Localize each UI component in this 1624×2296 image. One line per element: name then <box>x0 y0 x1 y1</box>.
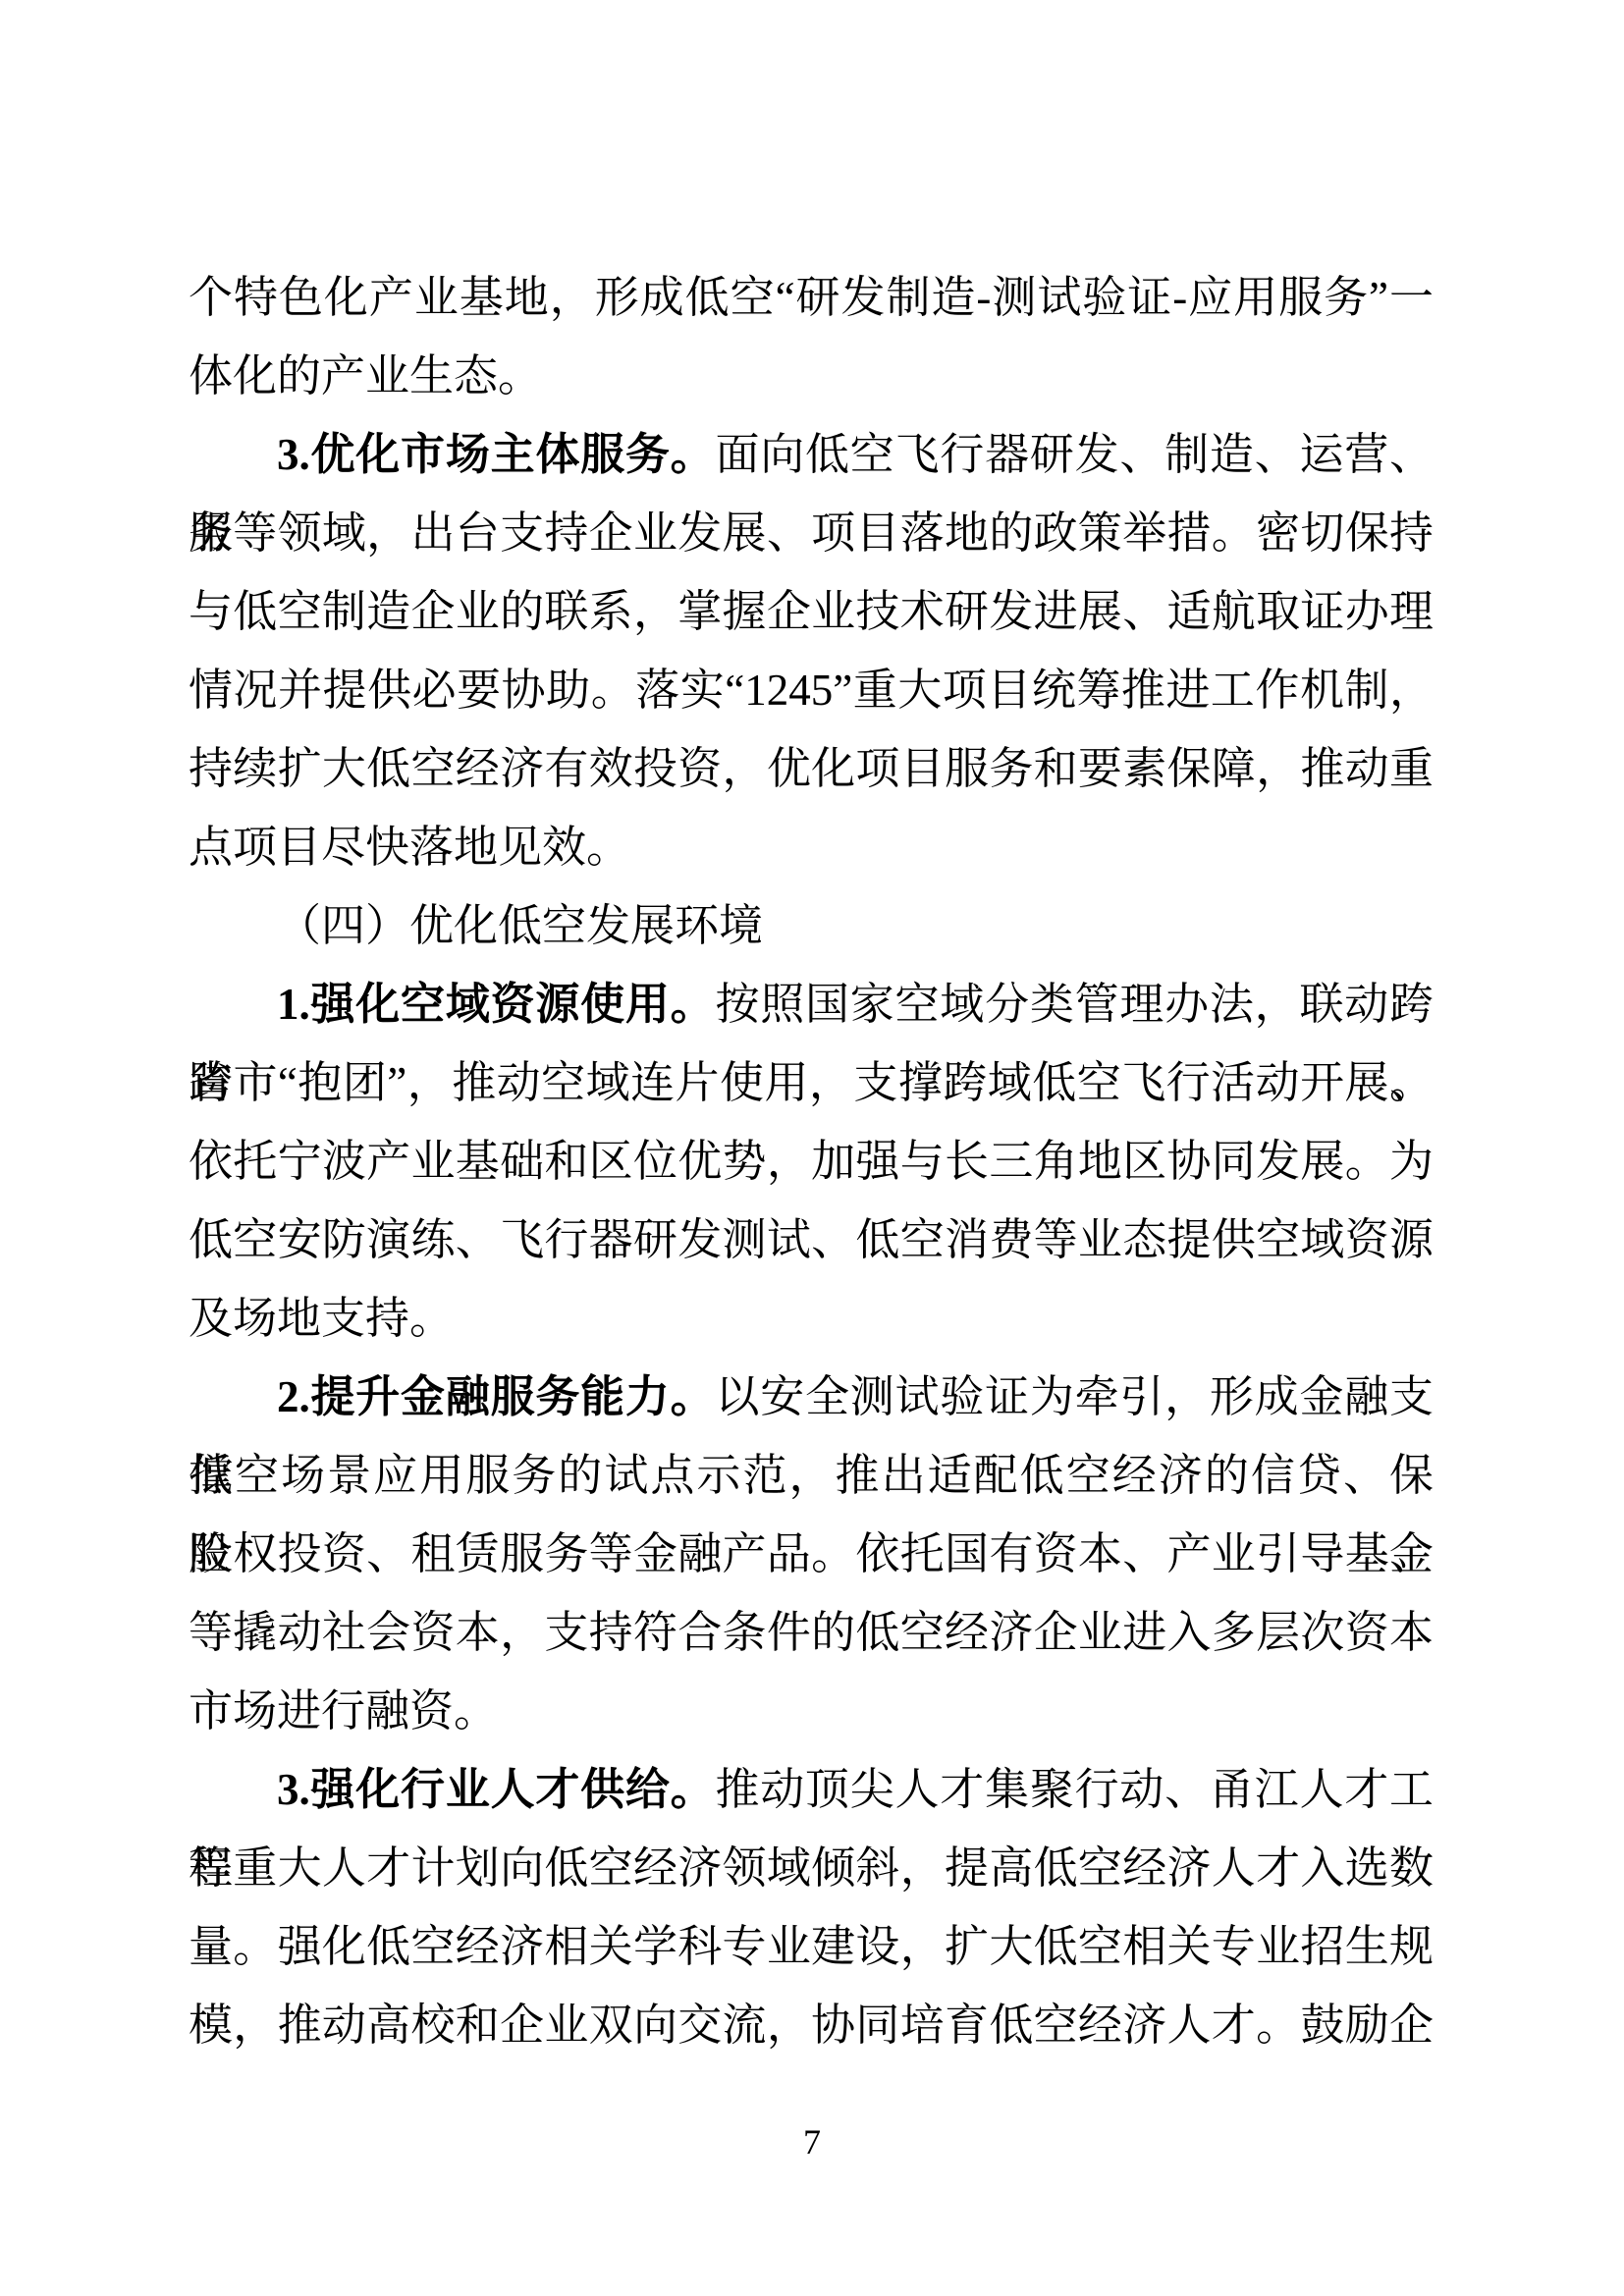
paragraph-line: 低空安防演练、飞行器研发测试、低空消费等业态提供空域资源 <box>189 1201 1434 1279</box>
line-text: 市场进行融资。 <box>189 1686 498 1735</box>
line-text: 及场地支持。 <box>189 1294 454 1343</box>
paragraph-line-with-heading: 2.提升金融服务能力。以安全测试验证为牵引，形成金融支撑 <box>189 1358 1434 1436</box>
line-text: 跨市“抱团”，推动空域连片使用，支撑跨域低空飞行活动开展。 <box>189 1058 1434 1107</box>
paragraph-line-with-heading: 1.强化空域资源使用。按照国家空域分类管理办法，联动跨省、 <box>189 965 1434 1043</box>
paragraph-line: 等撬动社会资本，支持符合条件的低空经济企业进入多层次资本 <box>189 1593 1434 1672</box>
paragraph-line: 情况并提供必要协助。落实“1245”重大项目统筹推进工作机制， <box>189 651 1434 729</box>
line-text: 情况并提供必要协助。落实“1245”重大项目统筹推进工作机制， <box>189 666 1434 715</box>
paragraph-line: 点项目尽快落地见效。 <box>189 808 1434 886</box>
line-text: 模，推动高校和企业双向交流，协同培育低空经济人才。鼓励企 <box>189 2001 1434 2050</box>
line-text: 务等领域，出台支持企业发展、项目落地的政策举措。密切保持 <box>189 508 1434 558</box>
line-text: 低空安防演练、飞行器研发测试、低空消费等业态提供空域资源 <box>189 1215 1434 1264</box>
line-text: 依托宁波产业基础和区位优势，加强与长三角地区协同发展。为 <box>189 1137 1434 1186</box>
document-page: 个特色化产业基地，形成低空“研发制造-测试验证-应用服务”一体化的产业生态。3.… <box>0 0 1624 2296</box>
line-text: 持续扩大低空经济有效投资，优化项目服务和要素保障，推动重 <box>189 744 1434 793</box>
paragraph-line: 依托宁波产业基础和区位优势，加强与长三角地区协同发展。为 <box>189 1122 1434 1201</box>
page-number: 7 <box>0 2115 1624 2168</box>
paragraph-line: 低空场景应用服务的试点示范，推出适配低空经济的信贷、保险、 <box>189 1436 1434 1515</box>
run-in-heading: 3.优化市场主体服务。 <box>277 430 715 479</box>
paragraph-line: 务等领域，出台支持企业发展、项目落地的政策举措。密切保持 <box>189 494 1434 572</box>
line-text: 体化的产业生态。 <box>189 351 542 400</box>
paragraph-line: 等重大人才计划向低空经济领域倾斜，提高低空经济人才入选数 <box>189 1829 1434 1907</box>
paragraph-line: 跨市“抱团”，推动空域连片使用，支撑跨域低空飞行活动开展。 <box>189 1043 1434 1122</box>
line-text: 股权投资、租赁服务等金融产品。依托国有资本、产业引导基金 <box>189 1529 1434 1578</box>
line-text: 与低空制造企业的联系，掌握企业技术研发进展、适航取证办理 <box>189 587 1434 636</box>
document-body: 个特色化产业基地，形成低空“研发制造-测试验证-应用服务”一体化的产业生态。3.… <box>189 258 1434 2064</box>
line-text: 个特色化产业基地，形成低空“研发制造-测试验证-应用服务”一 <box>189 273 1434 322</box>
run-in-heading: 1.强化空域资源使用。 <box>277 980 715 1029</box>
line-text: 量。强化低空经济相关学科专业建设，扩大低空相关专业招生规 <box>189 1922 1434 1971</box>
run-in-heading: 3.强化行业人才供给。 <box>277 1765 715 1814</box>
paragraph-line: 与低空制造企业的联系，掌握企业技术研发进展、适航取证办理 <box>189 572 1434 651</box>
run-in-heading: 2.提升金融服务能力。 <box>277 1372 715 1421</box>
paragraph-line-with-heading: 3.优化市场主体服务。面向低空飞行器研发、制造、运营、服 <box>189 415 1434 494</box>
paragraph-line: 股权投资、租赁服务等金融产品。依托国有资本、产业引导基金 <box>189 1515 1434 1593</box>
paragraph-line-with-heading: 3.强化行业人才供给。推动顶尖人才集聚行动、甬江人才工程 <box>189 1750 1434 1829</box>
paragraph-line: 模，推动高校和企业双向交流，协同培育低空经济人才。鼓励企 <box>189 1986 1434 2064</box>
line-text: 点项目尽快落地见效。 <box>189 823 630 872</box>
paragraph-line: 市场进行融资。 <box>189 1672 1434 1750</box>
paragraph-line: 个特色化产业基地，形成低空“研发制造-测试验证-应用服务”一 <box>189 258 1434 337</box>
line-text: 等撬动社会资本，支持符合条件的低空经济企业进入多层次资本 <box>189 1608 1434 1657</box>
line-text: （四）优化低空发展环境 <box>277 901 763 950</box>
paragraph-line: 及场地支持。 <box>189 1279 1434 1358</box>
paragraph-line: 量。强化低空经济相关学科专业建设，扩大低空相关专业招生规 <box>189 1907 1434 1986</box>
paragraph-line: 体化的产业生态。 <box>189 337 1434 415</box>
paragraph-line: （四）优化低空发展环境 <box>189 886 1434 965</box>
line-text: 等重大人才计划向低空经济领域倾斜，提高低空经济人才入选数 <box>189 1843 1434 1893</box>
paragraph-line: 持续扩大低空经济有效投资，优化项目服务和要素保障，推动重 <box>189 729 1434 808</box>
